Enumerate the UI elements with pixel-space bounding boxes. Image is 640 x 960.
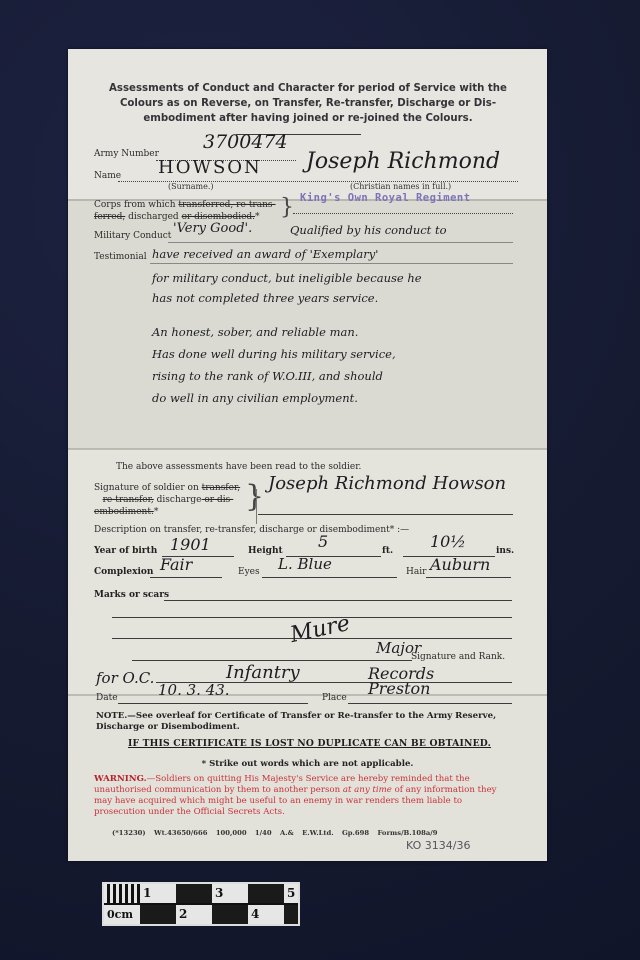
scale-cell: 2 [176,905,212,924]
read-statement: The above assessments have been read to … [116,462,361,472]
surname-caption: (Surname.) [168,182,213,191]
eyes-line [262,577,397,578]
testimonial-line-8: do well in any civilian employment. [152,391,358,405]
brace: } [245,482,264,512]
service-certificate: Assessments of Conduct and Character for… [68,49,547,861]
corps-label: Corps from which transferred, re-trans- … [94,199,276,223]
signature-box-edge [256,489,257,524]
description-heading: Description on transfer, re-transfer, di… [94,525,409,535]
scale-cell [212,905,248,924]
christian-names-value: Joseph Richmond [306,149,500,174]
archive-reference: KO 3134/36 [406,839,470,852]
fold-line [68,694,547,696]
year-of-birth-label: Year of birth [94,546,157,556]
marks-line-1 [164,600,512,601]
regiment-stamp: King's Own Royal Regiment [300,192,471,204]
soldier-signature-line [258,514,513,515]
name-label: Name [94,171,121,181]
brace: } [280,197,294,219]
officer-signature-line [132,660,412,661]
scale-cell [248,884,284,903]
year-of-birth-value: 1901 [170,535,211,554]
testimonial-line-3: for military conduct, but ineligible bec… [152,271,422,285]
date-line [118,703,308,704]
testimonial-line-7: rising to the rank of W.O.III, and shoul… [152,369,383,383]
complexion-value: Fair [160,555,192,574]
testimonial-rule [150,263,513,264]
inches-unit: ins. [496,546,514,556]
place-line [348,703,512,704]
date-value: 10. 3. 43. [158,681,230,699]
military-conduct-value: 'Very Good'. [173,221,252,236]
testimonial-line-6: Has done well during his military servic… [152,347,396,361]
form-heading: Assessments of Conduct and Character for… [88,81,528,126]
eyes-label: Eyes [238,567,260,577]
feet-unit: ft. [382,546,393,556]
height-inches-value: 10½ [430,532,466,551]
fold-line [68,448,547,450]
scale-bar: 1 3 5 0cm 2 4 [102,882,300,926]
christian-names-caption: (Christian names in full.) [350,182,451,191]
surname-value: HOWSON [158,157,262,178]
height-feet-value: 5 [318,532,328,551]
eyes-value: L. Blue [278,555,332,573]
army-number-label: Army Number [94,149,159,159]
note: NOTE.—See overleaf for Certificate of Tr… [96,711,516,733]
marks-label: Marks or scars [94,590,169,600]
place-value: Preston [368,679,430,698]
for-oc: for O.C. [96,669,154,687]
hair-value: Auburn [430,555,490,574]
corps-line [293,213,513,214]
date-label: Date [96,693,118,703]
scale-cell [140,905,176,924]
testimonial-line-2: have received an award of 'Exemplary' [152,247,378,261]
scale-cell [176,884,212,903]
army-number-value: 3700474 [203,131,288,153]
lost-notice: IF THIS CERTIFICATE IS LOST NO DUPLICATE… [128,738,491,749]
signature-rank-caption: Signature and Rank. [411,652,505,662]
officer-unit: Infantry [226,662,300,683]
warning-notice: WARNING.—Soldiers on quitting His Majest… [94,774,516,818]
scale-mm-ticks [104,884,140,903]
testimonial-line-1: Qualified by his conduct to [290,223,447,237]
scale-cell: 5 [284,884,298,903]
soldier-signature-label: Signature of soldier on transfer, re-tra… [94,482,240,518]
testimonial-label: Testimonial [94,252,147,262]
print-line: (*13230) Wt.43650/666 100,000 1/40 A.& E… [112,829,437,837]
strike-note: * Strike out words which are not applica… [68,759,547,770]
hair-line [426,577,511,578]
soldier-signature-value: Joseph Richmond Howson [268,473,506,494]
testimonial-line-5: An honest, sober, and reliable man. [152,325,358,339]
scale-cell: 0cm [104,905,140,924]
scale-cell [284,905,298,924]
testimonial-line-4: has not completed three years service. [152,291,378,305]
place-label: Place [322,693,347,703]
scale-cell: 3 [212,884,248,903]
military-conduct-label: Military Conduct [94,231,171,241]
complexion-label: Complexion [94,567,153,577]
hair-label: Hair [406,567,426,577]
conduct-line [168,242,513,243]
scale-cell: 4 [248,905,284,924]
scale-cell: 1 [140,884,176,903]
complexion-line [150,577,222,578]
